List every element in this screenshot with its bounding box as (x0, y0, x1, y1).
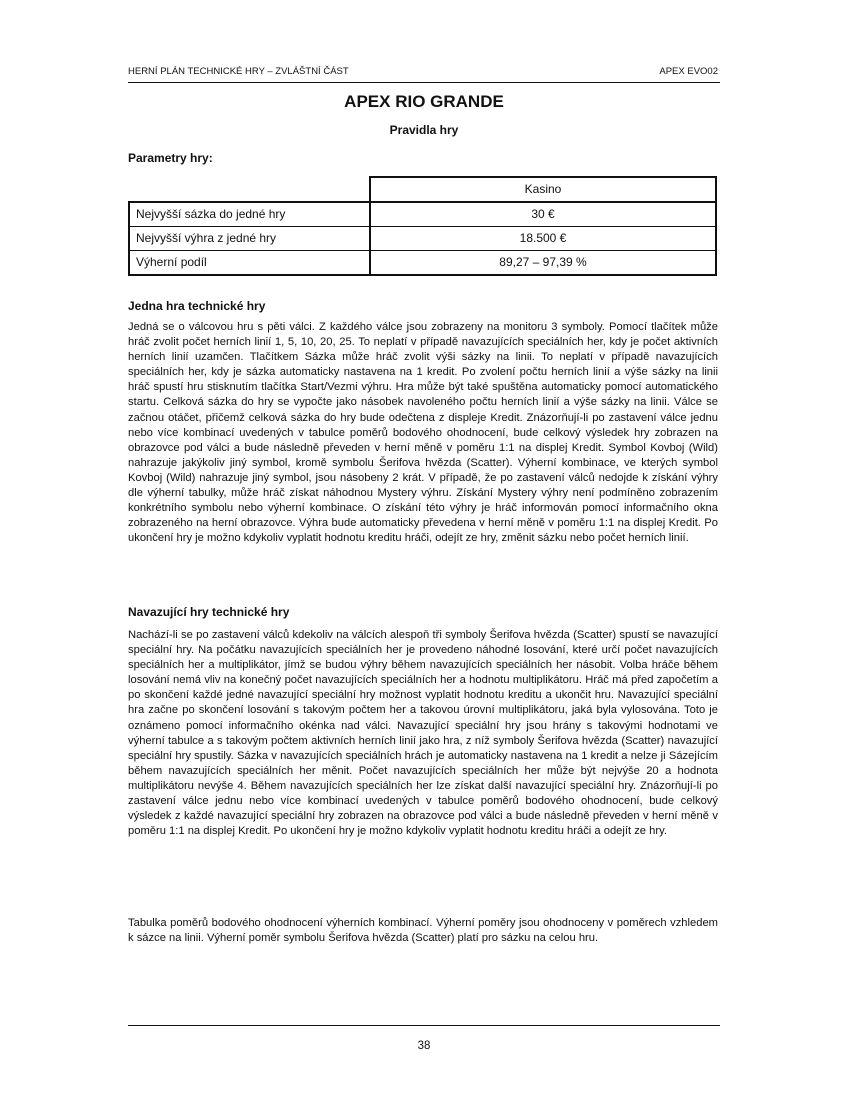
paragraph-single-game: Jedná se o válcovou hru s pěti válci. Z … (128, 320, 718, 546)
paragraph-bonus-games: Nachází-li se po zastavení válců kdekoli… (128, 628, 718, 839)
header-divider (128, 82, 720, 83)
running-header-right: APEX EVO02 (659, 66, 718, 77)
section-heading-bonus-games: Navazující hry technické hry (128, 605, 289, 619)
running-header-left: HERNÍ PLÁN TECHNICKÉ HRY – ZVLÁŠTNÍ ČÁST (128, 66, 349, 77)
page-number: 38 (128, 1040, 720, 1052)
table-header-cell: Kasino (370, 177, 716, 202)
paragraph-paytable-note: Tabulka poměrů bodového ohodnocení výher… (128, 916, 718, 946)
parameters-label: Parametry hry: (128, 151, 213, 165)
table-cell-label: Výherní podíl (129, 251, 370, 276)
document-title: APEX RIO GRANDE (128, 92, 720, 112)
table-header-row: Kasino (129, 177, 716, 202)
table-row: Výherní podíl 89,27 – 97,39 % (129, 251, 716, 276)
table-cell-value: 18.500 € (370, 227, 716, 251)
footer-divider (128, 1025, 720, 1026)
table-cell-value: 89,27 – 97,39 % (370, 251, 716, 276)
parameters-table: Kasino Nejvyšší sázka do jedné hry 30 € … (128, 176, 717, 276)
table-header-empty-cell (129, 177, 370, 202)
table-cell-label: Nejvyšší sázka do jedné hry (129, 202, 370, 227)
table-row: Nejvyšší sázka do jedné hry 30 € (129, 202, 716, 227)
table-cell-label: Nejvyšší výhra z jedné hry (129, 227, 370, 251)
section-heading-single-game: Jedna hra technické hry (128, 299, 265, 313)
document-subtitle: Pravidla hry (128, 123, 720, 137)
running-header: HERNÍ PLÁN TECHNICKÉ HRY – ZVLÁŠTNÍ ČÁST… (128, 64, 718, 78)
table-row: Nejvyšší výhra z jedné hry 18.500 € (129, 227, 716, 251)
table-cell-value: 30 € (370, 202, 716, 227)
